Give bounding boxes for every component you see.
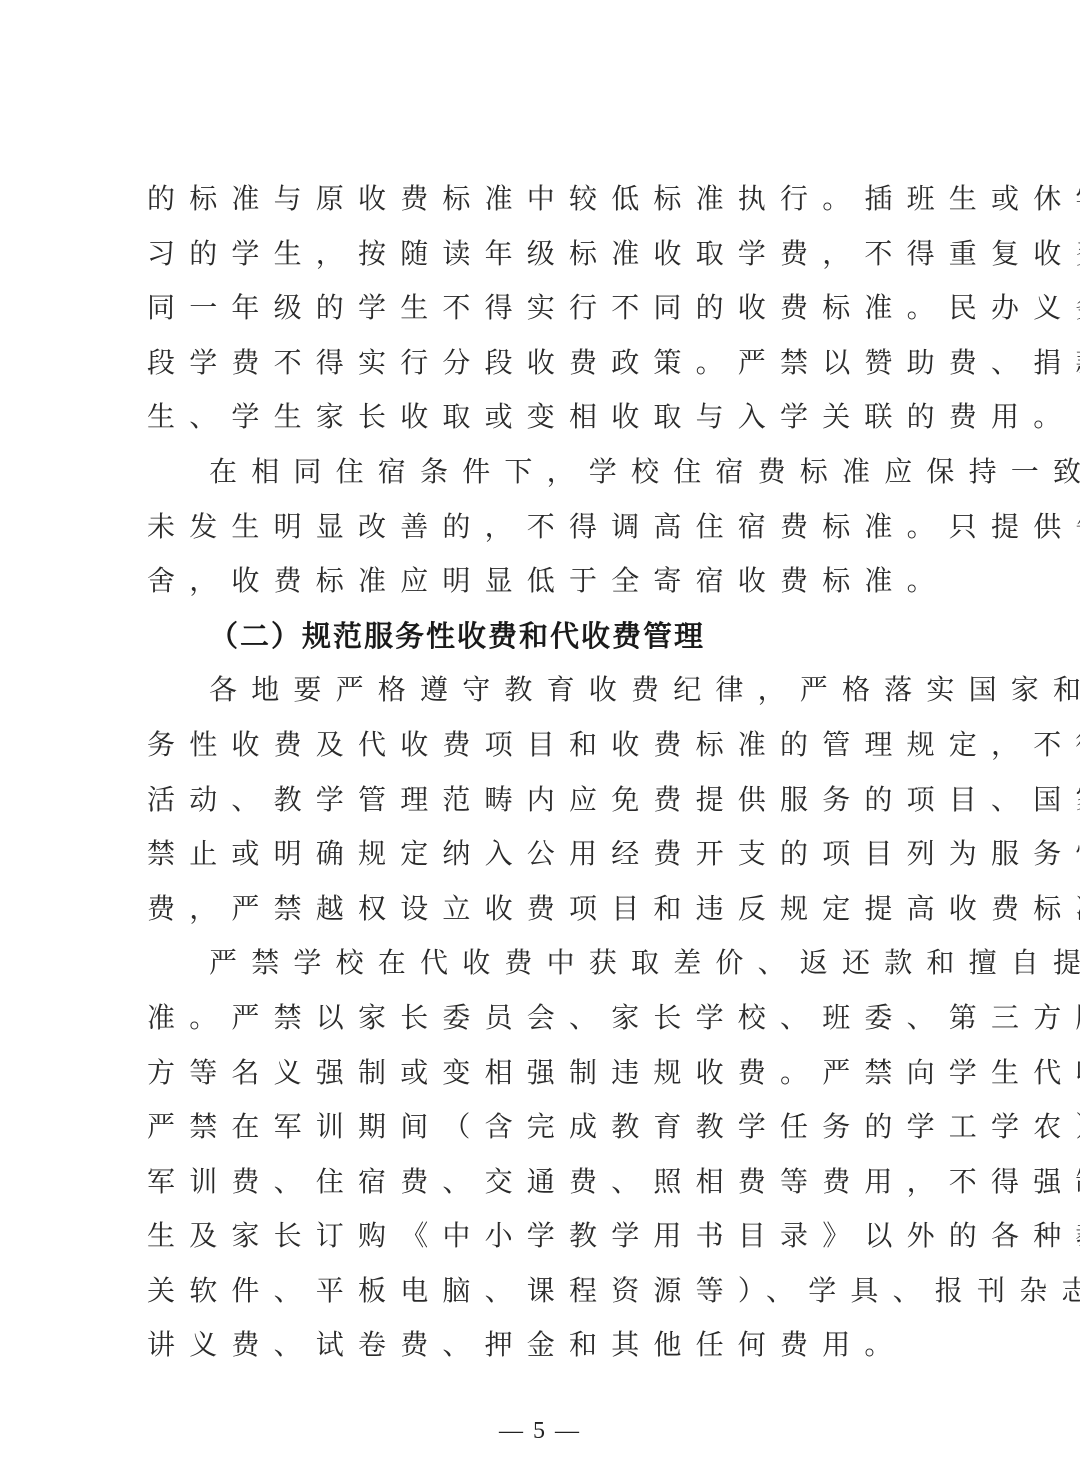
text-line: 严禁在军训期间（含完成教育教学任务的学工学农）向学生收取 xyxy=(147,1100,969,1155)
section-heading: （二）规范服务性收费和代收费管理 xyxy=(147,609,969,664)
text-line: 同一年级的学生不得实行不同的收费标准。民办义务教育小学阶 xyxy=(147,281,969,336)
text-line: 准。严禁以家长委员会、家长学校、班委、第三方服务机构合作 xyxy=(147,991,969,1046)
text-line: 生及家长订购《中小学教学用书目录》以外的各种教辅书（含相 xyxy=(147,1209,969,1264)
text-line: 严禁学校在代收费中获取差价、返还款和擅自提高代收费标 xyxy=(147,936,969,991)
document-page: 的标准与原收费标准中较低标准执行。插班生或休学期满继续学 习的学生，按随读年级标… xyxy=(0,0,1080,1468)
paragraph-continuation: 的标准与原收费标准中较低标准执行。插班生或休学期满继续学 习的学生，按随读年级标… xyxy=(147,172,969,445)
text-line: 活动、教学管理范畴内应免费提供服务的项目、国家和省已明令 xyxy=(147,773,969,828)
text-line: 生、学生家长收取或变相收取与入学关联的费用。 xyxy=(147,390,969,445)
text-line: 各地要严格遵守教育收费纪律，严格落实国家和省对学校服 xyxy=(147,663,969,718)
text-line: 禁止或明确规定纳入公用经费开支的项目列为服务性收费和代收 xyxy=(147,827,969,882)
text-line: 军训费、住宿费、交通费、照相费等费用，不得强制或者暗示学 xyxy=(147,1155,969,1210)
document-body: 的标准与原收费标准中较低标准执行。插班生或休学期满继续学 习的学生，按随读年级标… xyxy=(147,172,969,1373)
text-line: 在相同住宿条件下，学校住宿费标准应保持一致，住宿条件 xyxy=(147,445,969,500)
text-line: 关软件、平板电脑、课程资源等）、学具、报刊杂志，不得收取 xyxy=(147,1264,969,1319)
text-line: 舍，收费标准应明显低于全寄宿收费标准。 xyxy=(147,554,969,609)
paragraph-collection-prohibitions: 严禁学校在代收费中获取差价、返还款和擅自提高代收费标 准。严禁以家长委员会、家长… xyxy=(147,936,969,1373)
text-line: 段学费不得实行分段收费政策。严禁以赞助费、捐款等名目向学 xyxy=(147,336,969,391)
text-line: 方等名义强制或变相强制违规收费。严禁向学生代收商业保险费， xyxy=(147,1046,969,1101)
paragraph-dormitory-fees: 在相同住宿条件下，学校住宿费标准应保持一致，住宿条件 未发生明显改善的，不得调高… xyxy=(147,445,969,609)
section-heading-text: （二）规范服务性收费和代收费管理 xyxy=(147,609,969,664)
paragraph-service-fees: 各地要严格遵守教育收费纪律，严格落实国家和省对学校服 务性收费及代收费项目和收费… xyxy=(147,663,969,936)
text-line: 务性收费及代收费项目和收费标准的管理规定，不得将教育教学 xyxy=(147,718,969,773)
text-line: 未发生明显改善的，不得调高住宿费标准。只提供午间住宿的宿 xyxy=(147,500,969,555)
text-line: 讲义费、试卷费、押金和其他任何费用。 xyxy=(147,1318,969,1373)
text-line: 习的学生，按随读年级标准收取学费，不得重复收费。同一学校 xyxy=(147,227,969,282)
text-line: 费，严禁越权设立收费项目和违反规定提高收费标准。 xyxy=(147,882,969,937)
page-number: — 5 — xyxy=(0,1418,1080,1445)
text-line: 的标准与原收费标准中较低标准执行。插班生或休学期满继续学 xyxy=(147,172,969,227)
